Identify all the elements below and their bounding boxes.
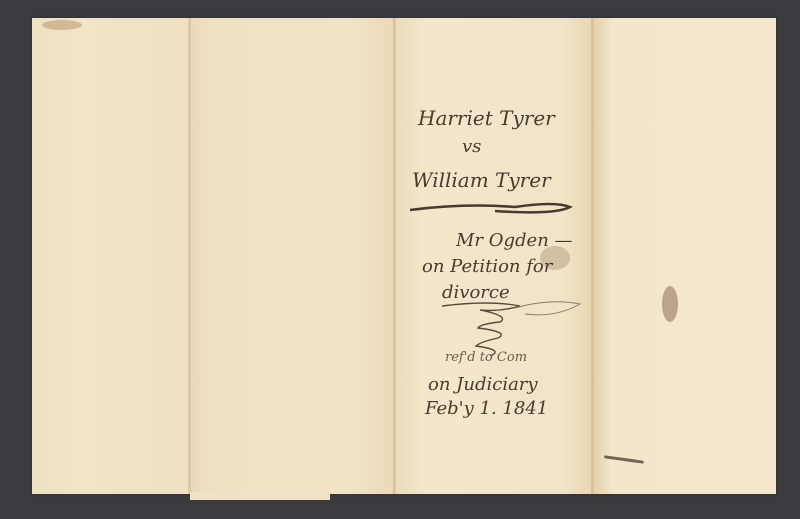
ink-stain — [662, 286, 678, 322]
paper-panel-1 — [32, 18, 190, 494]
document-paper — [32, 18, 776, 494]
paper-flap — [190, 492, 330, 500]
docket-versus: vs — [462, 136, 481, 157]
flourish-underline — [405, 195, 575, 220]
stain — [42, 20, 82, 30]
docket-plaintiff: Harriet Tyrer — [418, 106, 555, 130]
paper-panel-2 — [190, 18, 395, 494]
fold-line — [393, 18, 396, 494]
docket-petition: on Petition for — [422, 256, 552, 277]
docket-committee: on Judiciary — [428, 374, 538, 395]
paper-panel-4 — [593, 18, 776, 494]
docket-referral-note: ref'd to Com — [445, 350, 527, 365]
fold-line — [591, 18, 594, 494]
fold-line — [188, 18, 191, 494]
docket-defendant: William Tyrer — [412, 168, 551, 192]
docket-date: Feb'y 1. 1841 — [425, 398, 548, 419]
docket-counsel: Mr Ogden — — [456, 230, 573, 251]
